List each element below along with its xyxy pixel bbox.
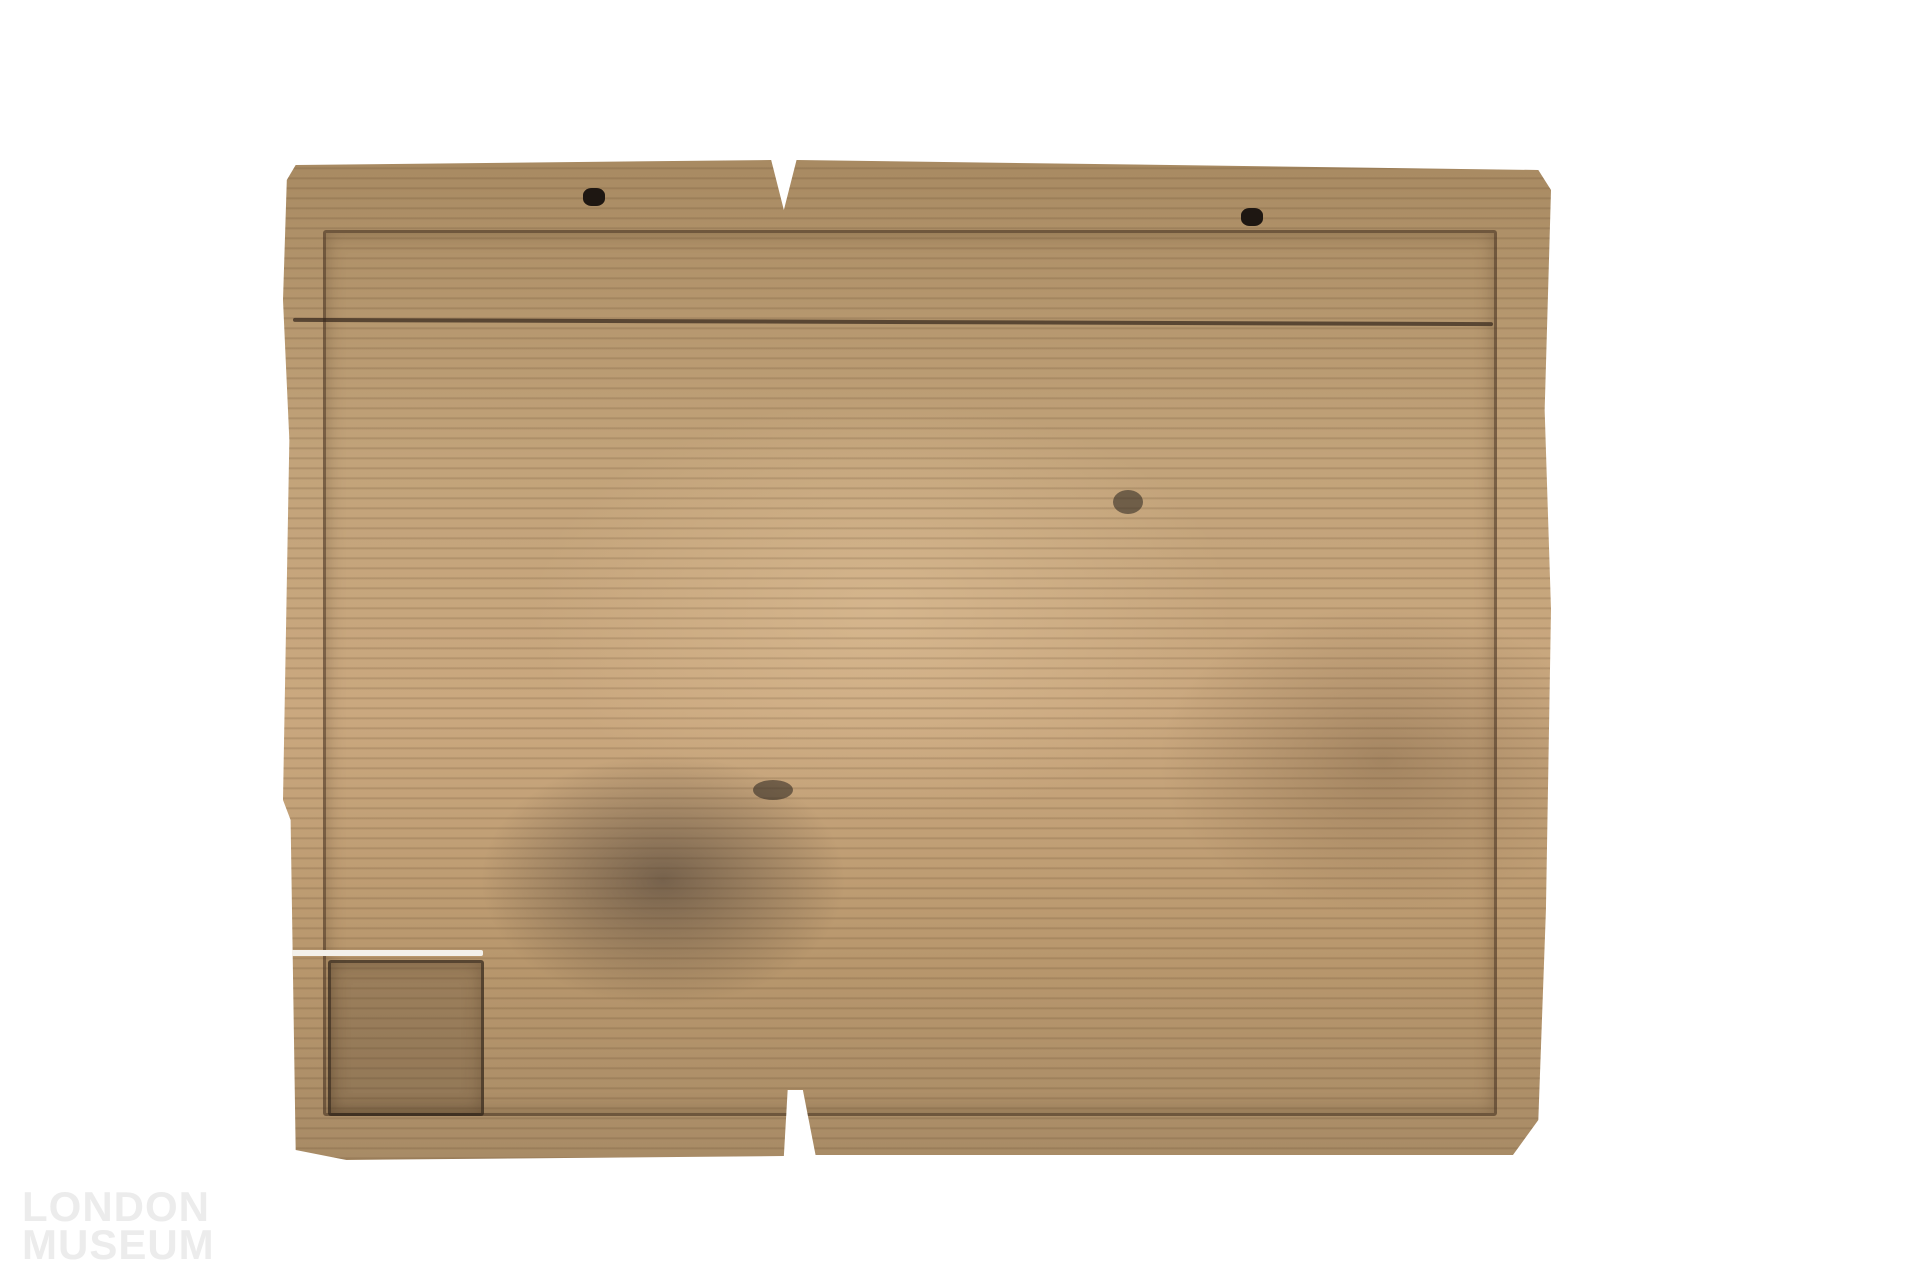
nail-hole [583, 188, 605, 206]
tablet-recess [323, 230, 1497, 1116]
tablet-seal-recess [328, 960, 484, 1116]
stain [753, 780, 793, 800]
nail-hole [1241, 208, 1263, 226]
stain [1113, 490, 1143, 514]
wooden-writing-tablet [283, 160, 1551, 1160]
museum-watermark-logo: LONDON MUSEUM [22, 1188, 215, 1264]
watermark-line-2: MUSEUM [22, 1226, 215, 1264]
photo: LONDON MUSEUM [0, 0, 1920, 1278]
wood-split [283, 950, 483, 956]
